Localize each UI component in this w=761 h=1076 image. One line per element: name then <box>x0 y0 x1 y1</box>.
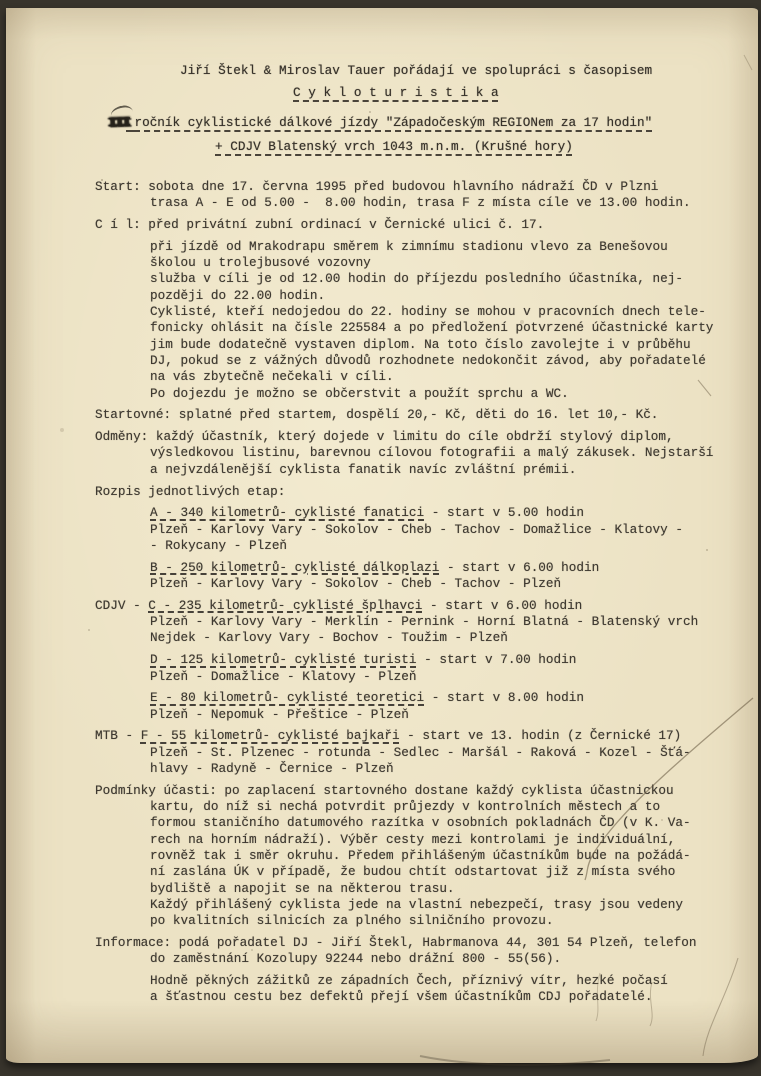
overstruck-edition-number: III <box>108 115 130 131</box>
text-segment: - start v 8.00 hodin <box>424 690 584 705</box>
doc-line: Podmínky účasti: po zaplacení startovnéh… <box>95 783 735 799</box>
paragraph-block: A - 340 kilometrů- cyklisté fanatici - s… <box>95 505 735 554</box>
doc-line: rech na horním nádraží). Výběr cesty mez… <box>95 832 735 848</box>
text-segment: služba v cíli je od 12.00 hodin do příje… <box>150 271 683 286</box>
text-segment: - Rokycany - Plzeň <box>150 538 287 553</box>
text-segment: Plzeň - St. Plzenec - rotunda - Sedlec -… <box>150 745 691 760</box>
text-segment: později do 22.00 hodin. <box>150 288 325 303</box>
doc-line: A - 340 kilometrů- cyklisté fanatici - s… <box>95 505 735 521</box>
text-segment: Plzeň - Karlovy Vary - Sokolov - Cheb - … <box>150 576 561 591</box>
text-segment: CDJV - <box>95 598 148 613</box>
text-segment: C í l: před privátní zubní ordinací v Če… <box>95 217 544 232</box>
doc-line: B - 250 kilometrů- cyklisté dálkoplazi -… <box>95 560 735 576</box>
text-segment: Odměny: každý účastník, který dojede v l… <box>95 429 674 444</box>
text-segment: na vás zbytečně nečekali v cíli. <box>150 369 394 384</box>
header-subtitle-cdjv: + CDJV Blatenský vrch 1043 m.n.m. (Krušn… <box>215 139 573 154</box>
text-segment: fonicky ohlásit na čísle 225584 a po pře… <box>150 320 713 335</box>
text-segment: trasa A - E od 5.00 - 8.00 hodin, trasa … <box>150 195 691 210</box>
text-segment: kartu, do níž si nechá potvrdit průjezdy… <box>150 799 660 814</box>
text-segment: jim bude dodatečně vystaven diplom. Na t… <box>150 337 691 352</box>
header-event-title: III ročník cyklistické dálkové jízdy "Zá… <box>110 115 652 130</box>
text-segment: Rozpis jednotlivých etap: <box>95 484 285 499</box>
text-segment: MTB - <box>95 728 141 743</box>
doc-line: a nejvzdálenější cyklista fanatik navíc … <box>95 462 735 478</box>
doc-line: Odměny: každý účastník, který dojede v l… <box>95 429 735 445</box>
doc-line: CDJV - C - 235 kilometrů- cyklisté šplha… <box>95 598 735 614</box>
text-segment: ní zaslána ÚK v případě, že budou chtít … <box>150 864 675 879</box>
doc-line: kartu, do níž si nechá potvrdit průjezdy… <box>95 799 735 815</box>
text-segment: při jízdě od Mrakodrapu směrem k zimnímu… <box>150 239 668 254</box>
text-segment: a šťastnou cestu bez defektů přejí všem … <box>150 989 653 1004</box>
text-segment: Nejdek - Karlovy Vary - Bochov - Toužim … <box>150 630 508 645</box>
text-segment: Každý přihlášený cyklista jede na vlastn… <box>150 897 683 912</box>
paragraph-block: B - 250 kilometrů- cyklisté dálkoplazi -… <box>95 560 735 593</box>
paragraph-block: Start: sobota dne 17. června 1995 před b… <box>95 179 735 212</box>
doc-line: MTB - F - 55 kilometrů- cyklisté bajkaři… <box>95 728 735 744</box>
doc-line: a šťastnou cestu bez defektů přejí všem … <box>95 989 735 1005</box>
doc-line: DJ, pokud se z vážných důvodů rozhodnete… <box>95 353 735 369</box>
text-segment: Start: sobota dne 17. června 1995 před b… <box>95 179 658 194</box>
paragraph-block: Informace: podá pořadatel DJ - Jiří Štek… <box>95 935 735 968</box>
doc-line: po kvalitních silnicích za plného silnič… <box>95 913 735 929</box>
text-segment: Plzeň - Domažlice - Klatovy - Plzeň <box>150 669 416 684</box>
paragraph-block: CDJV - C - 235 kilometrů- cyklisté šplha… <box>95 598 735 647</box>
doc-line: služba v cíli je od 12.00 hodin do příje… <box>95 271 735 287</box>
text-segment: školou u trolejbusové vozovny <box>150 255 371 270</box>
text-segment: Plzeň - Karlovy Vary - Sokolov - Cheb - … <box>150 522 683 537</box>
doc-line: výsledkovou listinu, barevnou cílovou fo… <box>95 445 735 461</box>
route-heading-underlined: E - 80 kilometrů- cyklisté teoretici <box>150 690 424 705</box>
route-heading-underlined: F - 55 kilometrů- cyklisté bajkaři <box>141 728 400 743</box>
doc-line: fonicky ohlásit na čísle 225584 a po pře… <box>95 320 735 336</box>
text-segment: formou staničního datumového razítka v o… <box>150 815 691 830</box>
route-heading-underlined: C - 235 kilometrů- cyklisté šplhavci <box>148 598 422 613</box>
text-segment: rovněž tak i směr okruhu. Předem přihláš… <box>150 848 691 863</box>
text-segment: a nejvzdálenější cyklista fanatik navíc … <box>150 462 576 477</box>
text-segment: Po dojezdu je možno se občerstvit a použ… <box>150 386 569 401</box>
text-segment: Cyklisté, kteří nedojedou do 22. hodiny … <box>150 304 706 319</box>
doc-line: Plzeň - Karlovy Vary - Sokolov - Cheb - … <box>95 522 735 538</box>
text-segment: do zaměstnání Kozolupy 92244 nebo drážní… <box>150 951 561 966</box>
doc-line: - Rokycany - Plzeň <box>95 538 735 554</box>
doc-line: ní zaslána ÚK v případě, že budou chtít … <box>95 864 735 880</box>
doc-line: rovněž tak i směr okruhu. Předem přihláš… <box>95 848 735 864</box>
text-segment: - start ve 13. hodin (z Černické 17) <box>400 728 682 743</box>
route-heading-underlined: A - 340 kilometrů- cyklisté fanatici <box>150 505 424 520</box>
text-segment: Hodně pěkných zážitků ze západních Čech,… <box>150 973 668 988</box>
text-segment: bydliště a napojit se na některou trasu. <box>150 881 455 896</box>
doc-line: Každý přihlášený cyklista jede na vlastn… <box>95 897 735 913</box>
doc-line: Nejdek - Karlovy Vary - Bochov - Toužim … <box>95 630 735 646</box>
doc-line: Hodně pěkných zážitků ze západních Čech,… <box>95 973 735 989</box>
paragraph-block: Odměny: každý účastník, který dojede v l… <box>95 429 735 478</box>
header-organizers-line: Jiří Štekl & Miroslav Tauer pořádají ve … <box>180 63 652 78</box>
doc-line: Rozpis jednotlivých etap: <box>95 484 735 500</box>
text-segment: - start v 7.00 hodin <box>416 652 576 667</box>
paragraph-block: D - 125 kilometrů- cyklisté turisti - st… <box>95 652 735 685</box>
doc-line: jim bude dodatečně vystaven diplom. Na t… <box>95 337 735 353</box>
text-segment: - start v 6.00 hodin <box>422 598 582 613</box>
header-magazine-title: C y k l o t u r i s t i k a <box>293 85 499 100</box>
text-segment: Informace: podá pořadatel DJ - Jiří Štek… <box>95 935 697 950</box>
paragraph-block: při jízdě od Mrakodrapu směrem k zimnímu… <box>95 239 735 402</box>
text-segment: hlavy - Radyně - Černice - Plzeň <box>150 761 394 776</box>
scanned-document-page: { "colors": { "paper": "#ece2c4", "ink":… <box>0 0 761 1076</box>
paragraph-block: C í l: před privátní zubní ordinací v Če… <box>95 217 735 233</box>
doc-line: Informace: podá pořadatel DJ - Jiří Štek… <box>95 935 735 951</box>
paragraph-block: Rozpis jednotlivých etap: <box>95 484 735 500</box>
document-body: Start: sobota dne 17. června 1995 před b… <box>95 179 735 1011</box>
doc-line: do zaměstnání Kozolupy 92244 nebo drážní… <box>95 951 735 967</box>
scan-background: Jiří Štekl & Miroslav Tauer pořádají ve … <box>0 0 761 1076</box>
doc-line: formou staničního datumového razítka v o… <box>95 815 735 831</box>
text-segment: Startovné: splatné před startem, dospělí… <box>95 407 658 422</box>
doc-line: později do 22.00 hodin. <box>95 288 735 304</box>
doc-line: školou u trolejbusové vozovny <box>95 255 735 271</box>
doc-line: trasa A - E od 5.00 - 8.00 hodin, trasa … <box>95 195 735 211</box>
doc-line: E - 80 kilometrů- cyklisté teoretici - s… <box>95 690 735 706</box>
doc-line: Cyklisté, kteří nedojedou do 22. hodiny … <box>95 304 735 320</box>
text-segment: Plzeň - Karlovy Vary - Merklín - Pernink… <box>150 614 698 629</box>
doc-line: Plzeň - Karlovy Vary - Sokolov - Cheb - … <box>95 576 735 592</box>
event-title-text: ročník cyklistické dálkové jízdy "Západo… <box>134 115 652 130</box>
paragraph-block: Hodně pěkných zážitků ze západních Čech,… <box>95 973 735 1006</box>
doc-line: Plzeň - Karlovy Vary - Merklín - Pernink… <box>95 614 735 630</box>
text-segment: rech na horním nádraží). Výběr cesty mez… <box>150 832 675 847</box>
text-segment: po kvalitních silnicích za plného silnič… <box>150 913 554 928</box>
text-segment: DJ, pokud se z vážných důvodů rozhodnete… <box>150 353 706 368</box>
doc-line: Start: sobota dne 17. června 1995 před b… <box>95 179 735 195</box>
doc-line: Startovné: splatné před startem, dospělí… <box>95 407 735 423</box>
doc-line: na vás zbytečně nečekali v cíli. <box>95 369 735 385</box>
doc-line: při jízdě od Mrakodrapu směrem k zimnímu… <box>95 239 735 255</box>
text-segment: - start v 5.00 hodin <box>424 505 584 520</box>
route-heading-underlined: D - 125 kilometrů- cyklisté turisti <box>150 652 416 667</box>
doc-line: Plzeň - Nepomuk - Přeštice - Plzeň <box>95 707 735 723</box>
doc-line: C í l: před privátní zubní ordinací v Če… <box>95 217 735 233</box>
route-heading-underlined: B - 250 kilometrů- cyklisté dálkoplazi <box>150 560 439 575</box>
paragraph-block: Podmínky účasti: po zaplacení startovnéh… <box>95 783 735 930</box>
text-segment: Podmínky účasti: po zaplacení startovnéh… <box>95 783 674 798</box>
doc-line: D - 125 kilometrů- cyklisté turisti - st… <box>95 652 735 668</box>
doc-line: bydliště a napojit se na některou trasu. <box>95 881 735 897</box>
doc-line: hlavy - Radyně - Černice - Plzeň <box>95 761 735 777</box>
paragraph-block: E - 80 kilometrů- cyklisté teoretici - s… <box>95 690 735 723</box>
doc-line: Plzeň - Domažlice - Klatovy - Plzeň <box>95 669 735 685</box>
text-segment: - start v 6.00 hodin <box>439 560 599 575</box>
paragraph-block: Startovné: splatné před startem, dospělí… <box>95 407 735 423</box>
doc-line: Po dojezdu je možno se občerstvit a použ… <box>95 386 735 402</box>
doc-line: Plzeň - St. Plzenec - rotunda - Sedlec -… <box>95 745 735 761</box>
text-segment: Plzeň - Nepomuk - Přeštice - Plzeň <box>150 707 409 722</box>
paragraph-block: MTB - F - 55 kilometrů- cyklisté bajkaři… <box>95 728 735 777</box>
text-segment: výsledkovou listinu, barevnou cílovou fo… <box>150 445 713 460</box>
